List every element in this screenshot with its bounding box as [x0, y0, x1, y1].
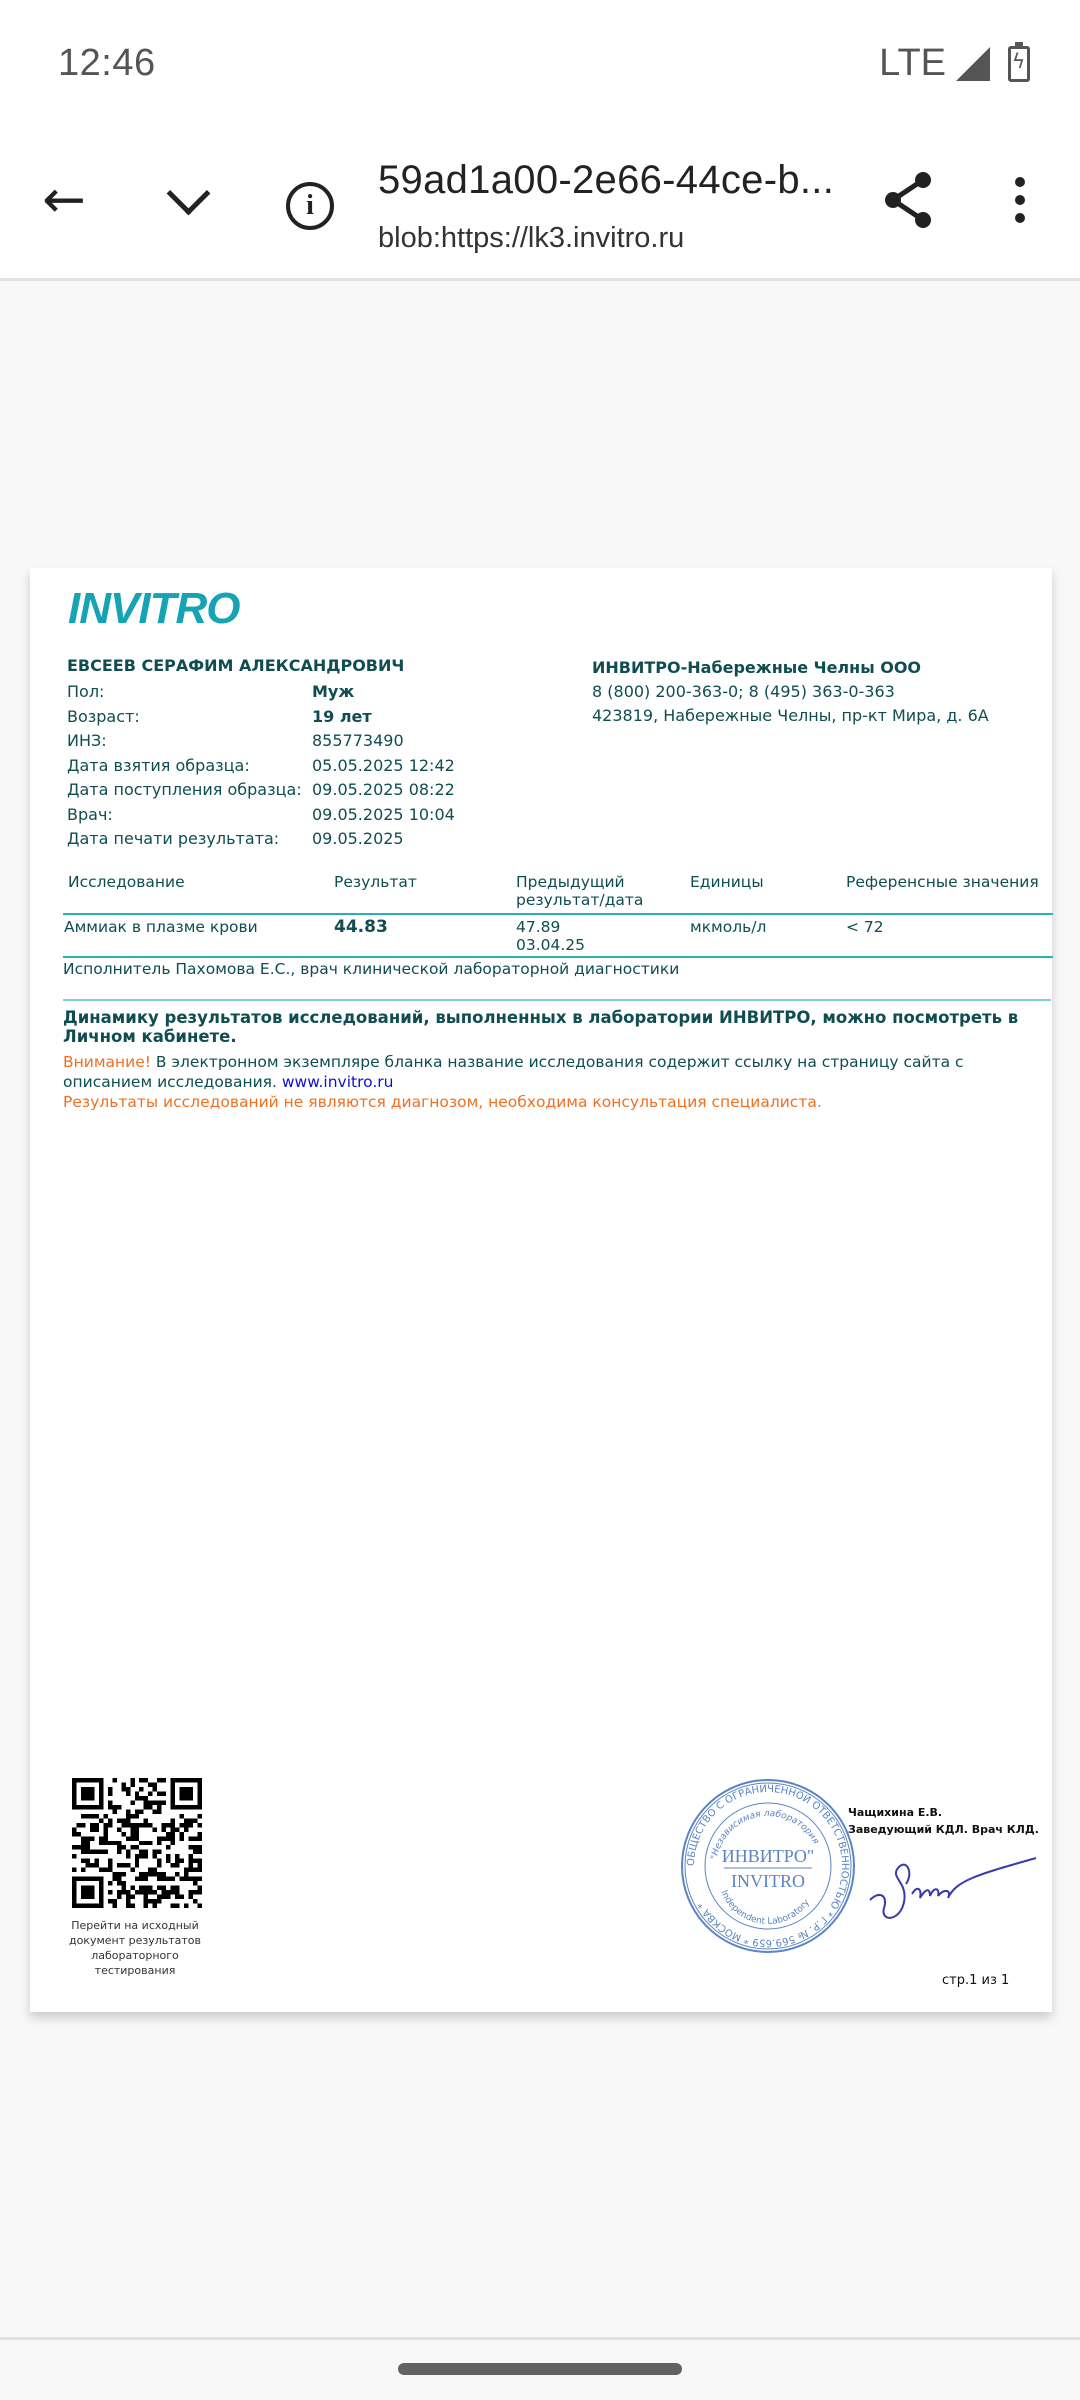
info-row-print-date: Дата печати результата: 09.05.2025 — [67, 827, 455, 852]
pdf-page[interactable]: INVITRO ЕВСЕЕВ СЕРАФИМ АЛЕКСАНДРОВИЧ Пол… — [30, 568, 1052, 2012]
info-row-sample-date: Дата взятия образца: 05.05.2025 12:42 — [67, 754, 455, 779]
table-row: Аммиак в плазме крови 44.83 47.89 03.04.… — [63, 915, 1053, 958]
results-table: Исследование Результат Предыдущий резуль… — [63, 873, 1053, 978]
patient-info: Пол: Муж Возраст: 19 лет ИНЗ: 855773490 … — [67, 680, 455, 852]
notice-text: В электронном экземпляре бланка название… — [63, 1053, 964, 1091]
header-test: Исследование — [63, 873, 334, 913]
invitro-link[interactable]: www.invitro.ru — [282, 1073, 394, 1091]
status-bar: 12:46 LTE — [0, 0, 1080, 130]
home-gesture-handle[interactable] — [398, 2363, 682, 2375]
attention-label: Внимание! — [63, 1053, 151, 1071]
page-number: стр.1 из 1 — [942, 1973, 1009, 1988]
signer-name: Чащихина Е.В. — [848, 1804, 1039, 1821]
reference-range: < 72 — [846, 918, 1046, 956]
lab-name: ИНВИТРО-Набережные Челны ООО — [592, 656, 989, 680]
notice: Внимание! В электронном экземпляре бланк… — [63, 1052, 1053, 1112]
lab-info: ИНВИТРО-Набережные Челны ООО 8 (800) 200… — [592, 656, 989, 728]
lab-address: 423819, Набережные Челны, пр-кт Мира, д.… — [592, 704, 989, 728]
info-row-doctor: Врач: 09.05.2025 10:04 — [67, 803, 455, 828]
disclaimer: Результаты исследований не являются диаг… — [63, 1092, 1053, 1112]
previous-result: 47.89 03.04.25 — [516, 918, 690, 956]
header-result: Результат — [334, 873, 516, 913]
back-arrow-icon[interactable]: ← — [34, 170, 94, 230]
document-url: blob:https://lk3.invitro.ru — [378, 222, 684, 255]
info-row-received-date: Дата поступления образца: 09.05.2025 08:… — [67, 778, 455, 803]
info-row-inz: ИНЗ: 855773490 — [67, 729, 455, 754]
result-value: 44.83 — [334, 918, 516, 956]
signal-icon — [956, 47, 990, 81]
company-stamp: ОБЩЕСТВО С ОГРАНИЧЕННОЙ ОТВЕТСТВЕННОСТЬЮ… — [678, 1776, 858, 1956]
dynamics-note: Динамику результатов исследований, выпол… — [63, 1008, 1043, 1046]
info-row-sex: Пол: Муж — [67, 680, 455, 705]
performer: Исполнитель Пахомова Е.С., врач клиничес… — [63, 960, 1053, 978]
signer-title: Заведующий КДЛ. Врач КЛД. — [848, 1821, 1039, 1838]
status-time: 12:46 — [58, 42, 156, 85]
header-previous: Предыдущий результат/дата — [516, 873, 690, 913]
divider — [63, 999, 1051, 1001]
qr-caption: Перейти на исходный документ результатов… — [60, 1918, 210, 1978]
lab-phones: 8 (800) 200-363-0; 8 (495) 363-0-363 — [592, 680, 989, 704]
status-icons: LTE — [879, 42, 1030, 85]
chevron-down-icon[interactable] — [158, 170, 218, 230]
info-icon[interactable]: i — [286, 182, 334, 230]
viewer-toolbar: ← i 59ad1a00-2e66-44ce-b... blob:https:/… — [0, 130, 1080, 281]
test-name-link[interactable]: Аммиак в плазме крови — [63, 918, 334, 956]
units: мкмоль/л — [690, 918, 846, 956]
svg-text:INVITRO: INVITRO — [731, 1871, 805, 1891]
network-type: LTE — [879, 42, 946, 85]
invitro-logo: INVITRO — [68, 584, 239, 634]
patient-name: ЕВСЕЕВ СЕРАФИМ АЛЕКСАНДРОВИЧ — [67, 656, 404, 675]
battery-charging-icon — [1008, 46, 1030, 82]
header-reference: Референсные значения — [846, 873, 1046, 913]
qr-code[interactable] — [72, 1778, 202, 1908]
svg-text:ИНВИТРО": ИНВИТРО" — [722, 1846, 815, 1866]
nav-divider — [0, 2337, 1080, 2340]
signature — [860, 1838, 1040, 1928]
signer: Чащихина Е.В. Заведующий КДЛ. Врач КЛД. — [848, 1804, 1039, 1838]
results-header: Исследование Результат Предыдущий резуль… — [63, 873, 1053, 915]
document-title: 59ad1a00-2e66-44ce-b... — [378, 158, 834, 203]
info-row-age: Возраст: 19 лет — [67, 705, 455, 730]
header-units: Единицы — [690, 873, 846, 913]
share-icon[interactable] — [878, 170, 938, 230]
more-vert-icon[interactable] — [990, 170, 1050, 230]
